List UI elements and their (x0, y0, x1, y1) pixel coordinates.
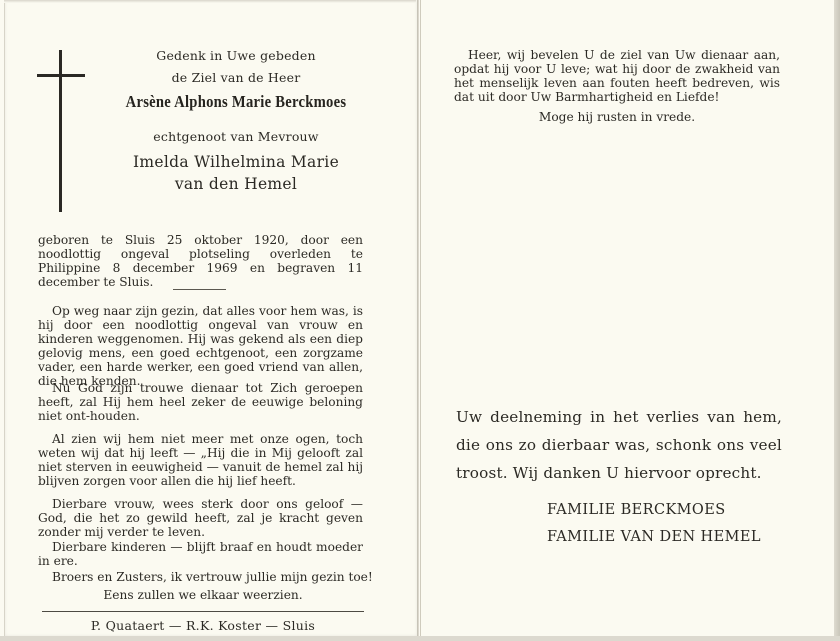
paragraph-5-text: Dierbare kinderen — blijft braaf en houd… (38, 540, 363, 568)
family-line-1: FAMILIE BERCKMOES (547, 502, 726, 518)
cross-horizontal-bar (37, 74, 85, 77)
rest-in-peace: Moge hij rusten in vrede. (454, 110, 780, 124)
paragraph-2: Nu God zijn trouwe dienaar tot Zich gero… (38, 381, 363, 423)
paragraph-4: Dierbare vrouw, wees sterk door ons gelo… (38, 497, 363, 539)
life-dates-text: geboren te Sluis 25 oktober 1920, door e… (38, 233, 363, 289)
top-edge (4, 0, 416, 3)
family-line-2: FAMILIE VAN DEN HEMEL (547, 529, 761, 545)
paragraph-4-text: Dierbare vrouw, wees sterk door ons gelo… (38, 497, 363, 539)
bottom-divider (42, 611, 364, 612)
spouse-name-line-2: van den Hemel (96, 175, 376, 193)
memorial-card: Gedenk in Uwe gebeden de Ziel van de Hee… (0, 0, 840, 641)
card-fold (417, 0, 419, 641)
life-dates: geboren te Sluis 25 oktober 1920, door e… (38, 233, 363, 289)
paragraph-3: Al zien wij hem niet meer met onze ogen,… (38, 432, 363, 488)
paragraph-5: Dierbare kinderen — blijft braaf en houd… (38, 540, 363, 568)
paragraph-2-text: Nu God zijn trouwe dienaar tot Zich gero… (38, 381, 363, 423)
prayer-block: Heer, wij bevelen U de ziel van Uw diena… (454, 48, 780, 104)
deceased-name: Arsène Alphons Marie Berckmoes (85, 92, 388, 112)
paragraph-1-text: Op weg naar zijn gezin, dat alles voor h… (38, 304, 363, 388)
short-divider (173, 289, 226, 290)
closing-line-1: Broers en Zusters, ik vertrouw jullie mi… (38, 570, 392, 584)
paragraph-3-text: Al zien wij hem niet meer met onze ogen,… (38, 432, 363, 488)
spouse-name-line-1: Imelda Wilhelmina Marie (96, 153, 376, 171)
thanks-text: Uw deelneming in het verlies van hem, di… (456, 408, 782, 482)
relation-line: echtgenoot van Mevrouw (96, 129, 376, 144)
prayer-text: Heer, wij bevelen U de ziel van Uw diena… (454, 48, 780, 104)
closing-line-2: Eens zullen we elkaar weerzien. (42, 588, 364, 602)
bottom-edge (0, 636, 840, 641)
printer-credit: P. Quataert — R.K. Koster — Sluis (42, 618, 364, 633)
header-line-2: de Ziel van de Heer (96, 70, 376, 85)
right-edge (834, 0, 840, 641)
header-line-1: Gedenk in Uwe gebeden (96, 48, 376, 63)
paragraph-1: Op weg naar zijn gezin, dat alles voor h… (38, 304, 363, 388)
thanks-block: Uw deelneming in het verlies van hem, di… (456, 403, 782, 487)
